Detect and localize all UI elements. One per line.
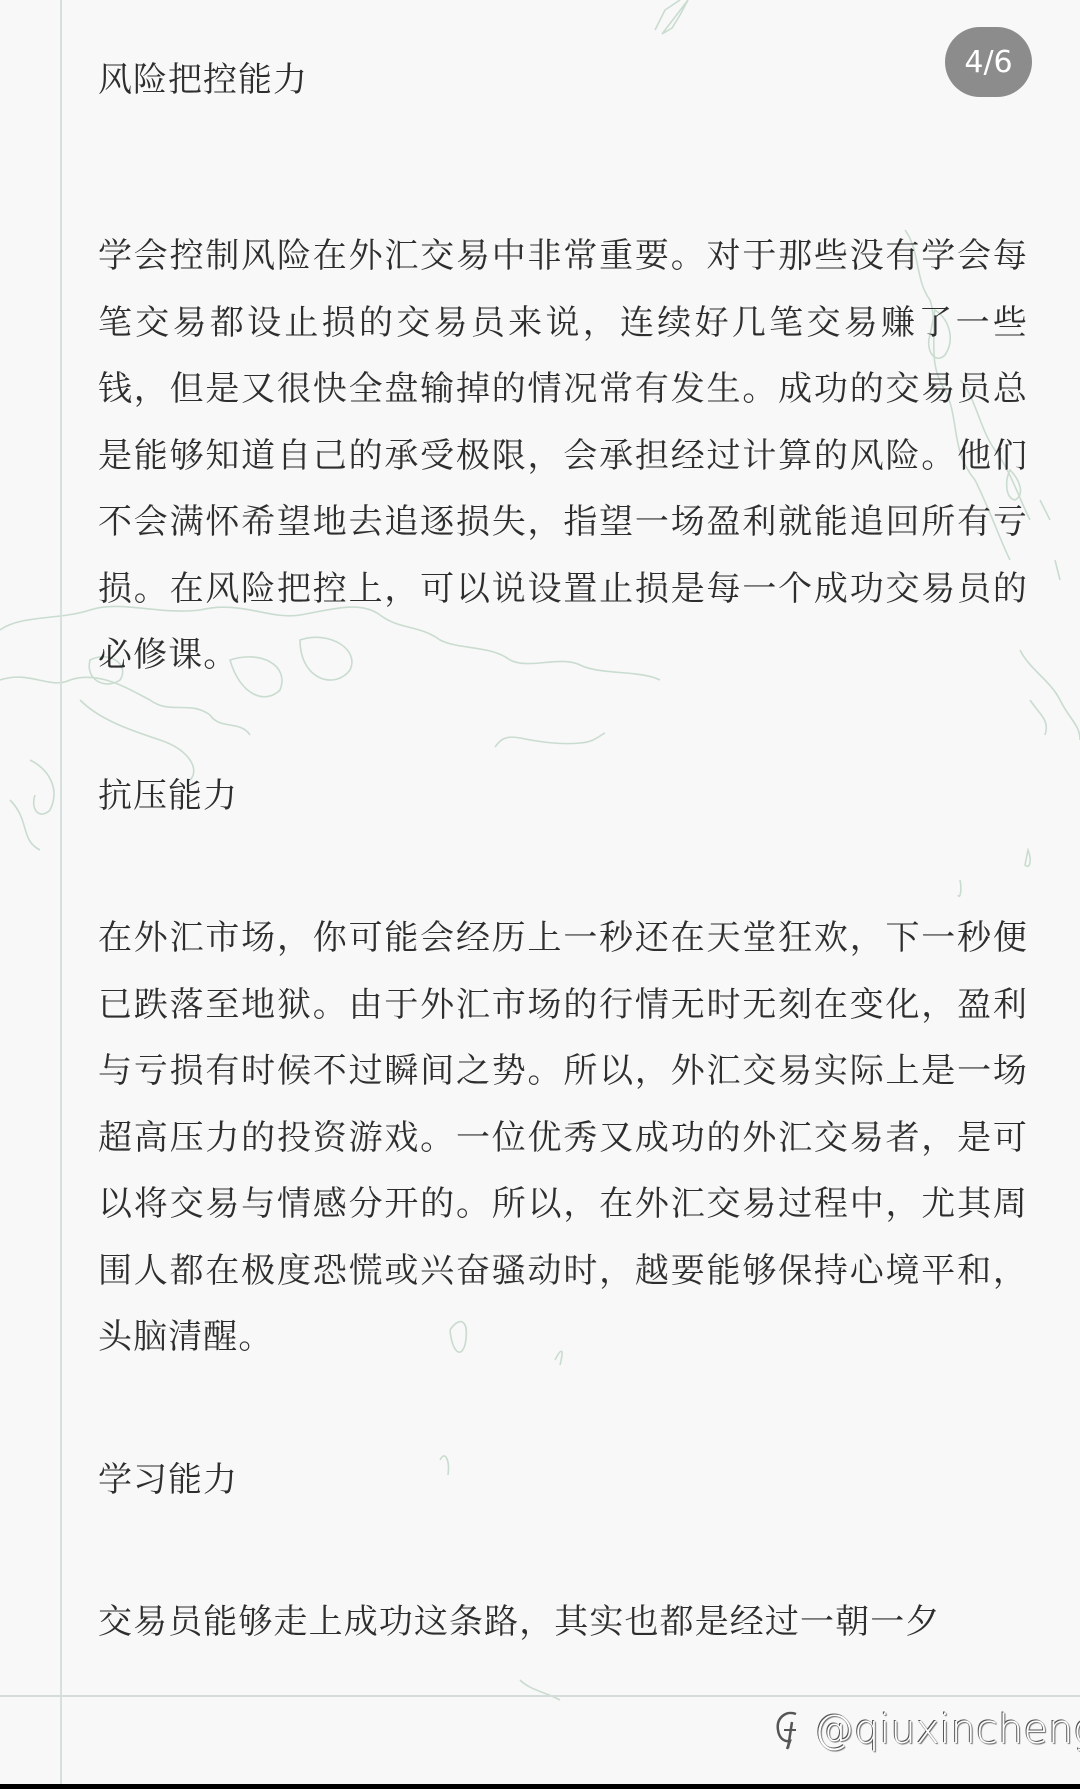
section-body-risk-control: 学会控制风险在外汇交易中非常重要。对于那些没有学会每笔交易都设止损的交易员来说，… [98, 223, 1028, 689]
section-heading-pressure-resistance: 抗压能力 [98, 776, 238, 816]
footer-divider [0, 1695, 1080, 1697]
page-indicator-badge: 4/6 [945, 27, 1032, 97]
author-watermark: @qiuxincheng! [770, 1700, 1080, 1760]
section-heading-learning-ability: 学习能力 [98, 1460, 238, 1500]
page-indicator-text: 4/6 [964, 45, 1012, 80]
section-body-learning-ability: 交易员能够走上成功这条路，其实也都是经过一朝一夕 [98, 1589, 1028, 1656]
bottom-black-band [0, 1784, 1080, 1789]
zhihu-logo-icon [770, 1708, 810, 1752]
section-heading-risk-control: 风险把控能力 [98, 60, 308, 100]
watermark-handle: @qiuxincheng! [814, 1707, 1080, 1753]
left-margin-rule [60, 0, 62, 1784]
section-body-pressure-resistance: 在外汇市场，你可能会经历上一秒还在天堂狂欢，下一秒便已跌落至地狱。由于外汇市场的… [98, 905, 1028, 1371]
